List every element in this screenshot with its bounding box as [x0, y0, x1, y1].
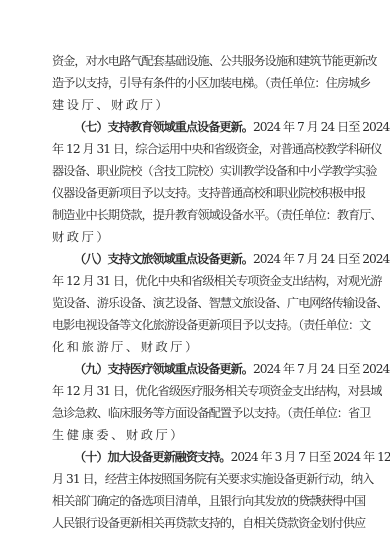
body-text-line: 化和旅游厅、财政厅） — [52, 340, 339, 354]
section-heading-line: （七）支持教育领域重点设备更新。2024 年 7 月 24 日至 2024 — [74, 120, 339, 134]
page-number: — 5 — — [300, 493, 338, 505]
line-text: 化和旅游厅、财政厅） — [52, 340, 200, 354]
body-text-line: 年 12 月 31 日，综合运用中央和省级资金，对普通高校教学科研仪 — [52, 142, 339, 156]
body-text-line: 资金，对水电路气配套基础设施、公共服务设施和建筑节能更新改 — [52, 54, 339, 68]
section-heading-line: （九）支持医疗领域重点设备更新。2024 年 7 月 24 日至 2024 — [74, 362, 339, 376]
line-text: 制造业中长期贷款，提升教育领域设备水平。（责任单位：教育厅、 — [52, 208, 382, 222]
line-text: 2024 年 7 月 24 日至 2024 — [253, 362, 389, 376]
line-text: 览设备、游乐设备、演艺设备、智慧文旅设备、广电网络传输设备、 — [52, 296, 388, 310]
line-text: 资金，对水电路气配套基础设施、公共服务设施和建筑节能更新改 — [52, 54, 376, 68]
body-text-line: 电影电视设备等文化旅游设备更新项目予以支持。（责任单位：文 — [52, 318, 339, 332]
line-text: 造予以支持，引导有条件的小区加装电梯。（责任单位：住房城乡 — [52, 76, 370, 90]
section-heading-line: （八）支持文旅领域重点设备更新。2024 年 7 月 24 日至 2024 — [74, 252, 339, 266]
line-text: 仪器设备更新项目予以支持。支持普通高校和职业院校积极申报 — [52, 186, 365, 200]
body-text-line: 建设厅、财政厅） — [52, 98, 339, 112]
body-text-line: 人民银行设备更新相关再贷款支持的，自相关贷款资金划付供应 — [52, 516, 339, 530]
body-text-line: 急诊急救、临床服务等方面设备配置予以支持。（责任单位：省卫 — [52, 406, 339, 420]
section-heading-line: （十）加大设备更新融资支持。2024 年 3 月 7 日至 2024 年 12 — [74, 450, 339, 464]
body-text-line: 财政厅） — [52, 230, 339, 244]
line-text: 2024 年 7 月 24 日至 2024 — [253, 252, 389, 266]
line-text: 电影电视设备等文化旅游设备更新项目予以支持。（责任单位：文 — [52, 318, 370, 332]
line-text: 建设厅、财政厅） — [52, 98, 170, 112]
body-text-line: 月 31 日，经营主体按照国务院有关要求实施设备更新行动，纳入 — [52, 472, 339, 486]
section-heading: （九）支持医疗领域重点设备更新。 — [74, 362, 253, 376]
body-text-line: 制造业中长期贷款，提升教育领域设备水平。（责任单位：教育厅、 — [52, 208, 339, 222]
line-text: 人民银行设备更新相关再贷款支持的，自相关贷款资金划付供应 — [52, 516, 365, 530]
line-text: 年 12 月 31 日，优化中央和省级相关专项资金支出结构，对观光游 — [52, 274, 381, 288]
line-text: 年 12 月 31 日，优化省级医疗服务相关专项资金支出结构，对县域 — [52, 384, 381, 398]
section-heading: （十）加大设备更新融资支持。 — [74, 450, 231, 464]
line-text: 2024 年 3 月 7 日至 2024 年 12 — [231, 450, 390, 464]
section-heading: （八）支持文旅领域重点设备更新。 — [74, 252, 253, 266]
body-text-line: 生健康委、财政厅） — [52, 428, 339, 442]
line-text: 2024 年 7 月 24 日至 2024 — [253, 120, 389, 134]
body-text-line: 造予以支持，引导有条件的小区加装电梯。（责任单位：住房城乡 — [52, 76, 339, 90]
line-text: 年 12 月 31 日，综合运用中央和省级资金，对普通高校教学科研仪 — [52, 142, 381, 156]
body-text-line: 相关部门确定的备选项目清单，且银行向其发放的贷款获得中国 — [52, 494, 339, 508]
body-text-line: 览设备、游乐设备、演艺设备、智慧文旅设备、广电网络传输设备、 — [52, 296, 339, 310]
line-text: 急诊急救、临床服务等方面设备配置予以支持。（责任单位：省卫 — [52, 406, 370, 420]
document-page: 资金，对水电路气配套基础设施、公共服务设施和建筑节能更新改造予以支持，引导有条件… — [0, 0, 390, 551]
body-text-line: 年 12 月 31 日，优化中央和省级相关专项资金支出结构，对观光游 — [52, 274, 339, 288]
section-heading: （七）支持教育领域重点设备更新。 — [74, 120, 253, 134]
line-text: 财政厅） — [52, 230, 111, 244]
line-text: 月 31 日，经营主体按照国务院有关要求实施设备更新行动，纳入 — [52, 472, 373, 486]
body-text-line: 年 12 月 31 日，优化省级医疗服务相关专项资金支出结构，对县域 — [52, 384, 339, 398]
line-text: 生健康委、财政厅） — [52, 428, 185, 442]
body-text-line: 器设备、职业院校（含技工院校）实训教学设备和中小学教学实验 — [52, 164, 339, 178]
line-text: 器设备、职业院校（含技工院校）实训教学设备和中小学教学实验 — [52, 164, 376, 178]
body-text-line: 仪器设备更新项目予以支持。支持普通高校和职业院校积极申报 — [52, 186, 339, 200]
